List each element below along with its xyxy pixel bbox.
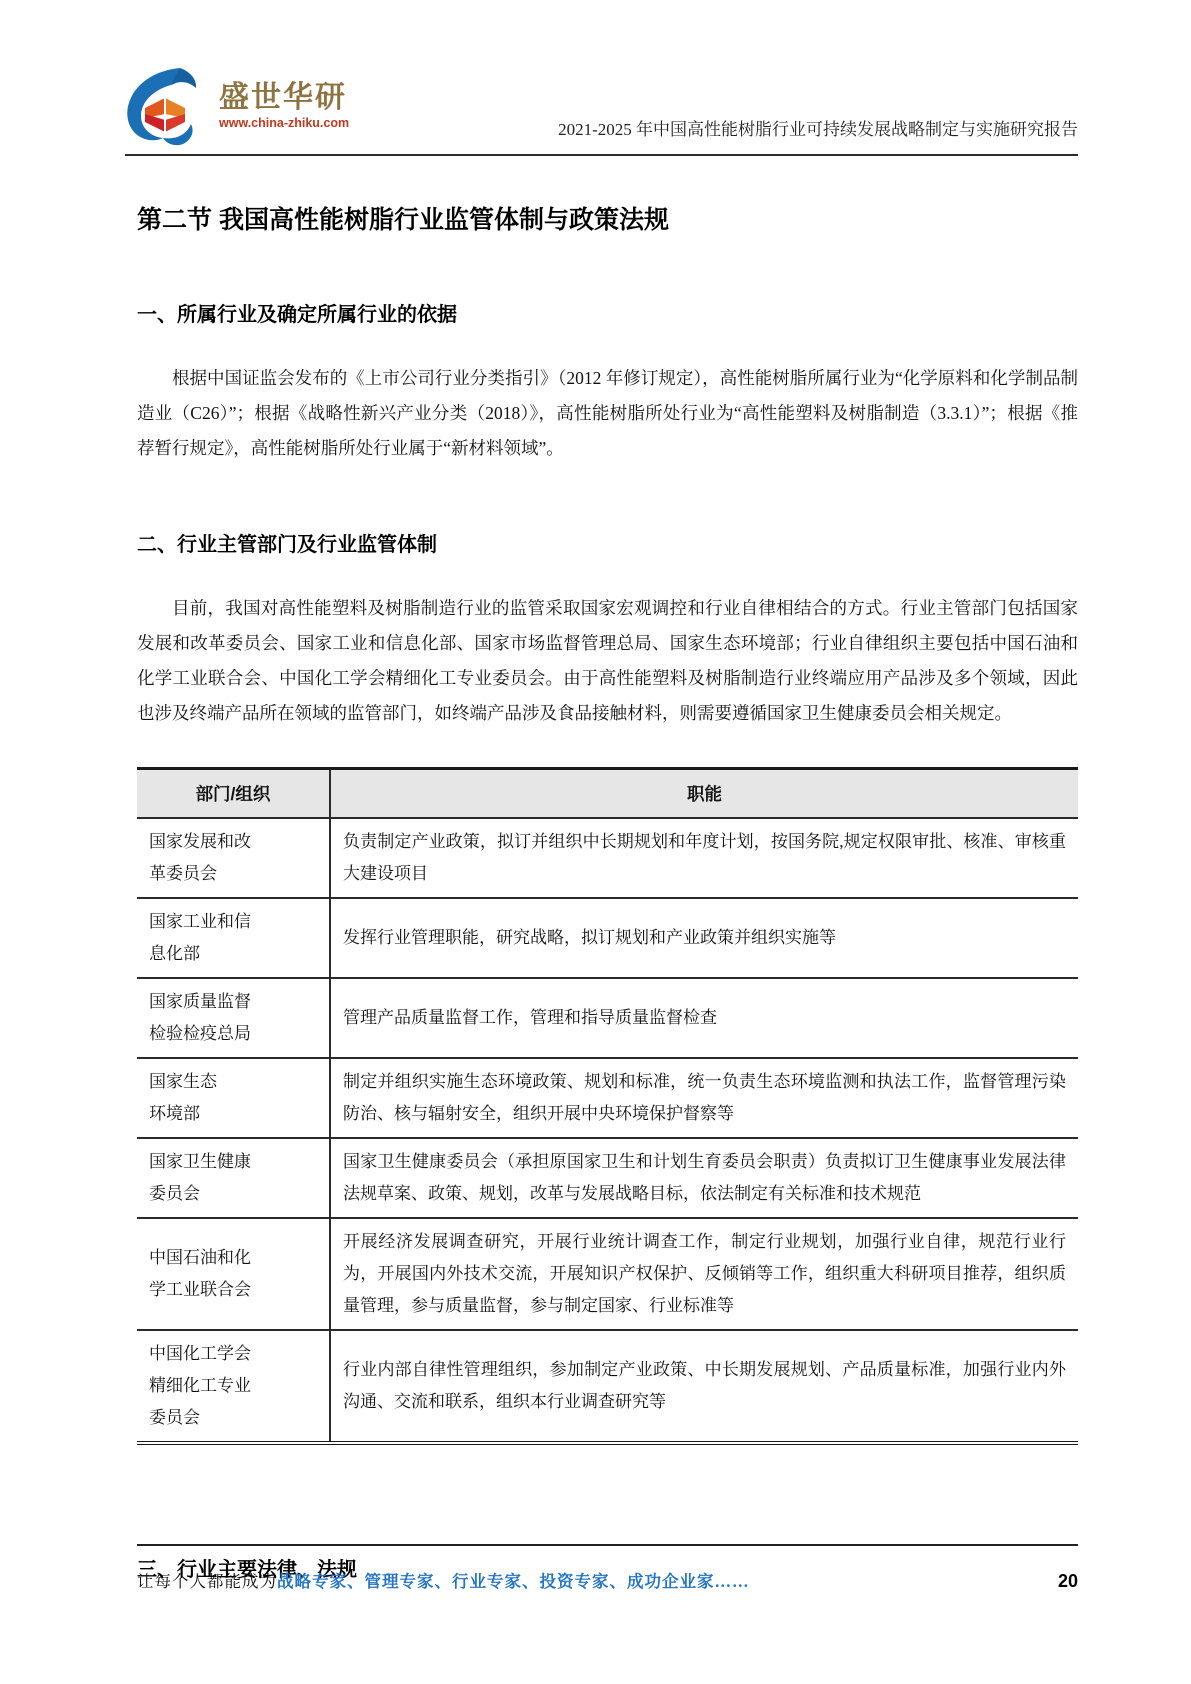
table-cell-department: 国家工业和信 息化部 — [137, 898, 330, 978]
table-row: 国家卫生健康 委员会 国家卫生健康委员会（承担原国家卫生和计划生育委员会职责）负… — [137, 1138, 1078, 1218]
logo-url-text: www.china-zhiku.com — [219, 116, 349, 130]
table-row: 中国化工学会 精细化工专业 委员会 行业内部自律性管理组织，参加制定产业政策、中… — [137, 1330, 1078, 1443]
table-cell-function: 制定并组织实施生态环境政策、规划和标准，统一负责生态环境监测和执法工作，监督管理… — [330, 1058, 1078, 1138]
table-row: 国家发展和改 革委员会 负责制定产业政策，拟订并组织中长期规划和年度计划，按国务… — [137, 818, 1078, 898]
table-header-row: 部门/组织 职能 — [137, 769, 1078, 819]
document-page: 盛世华研 www.china-zhiku.com 2021-2025 年中国高性… — [0, 0, 1191, 1684]
section-title: 第二节 我国高性能树脂行业监管体制与政策法规 — [137, 200, 1078, 236]
subsection-2-heading: 二、行业主管部门及行业监管体制 — [137, 528, 1078, 557]
table-cell-department: 国家卫生健康 委员会 — [137, 1138, 330, 1218]
table-row: 中国石油和化 学工业联合会 开展经济发展调查研究，开展行业统计调查工作，制定行业… — [137, 1218, 1078, 1330]
footer-slogan-prefix: 让每个人都能成为 — [137, 1572, 277, 1591]
table-row: 国家工业和信 息化部 发挥行业管理职能，研究战略，拟订规划和产业政策并组织实施等 — [137, 898, 1078, 978]
footer-slogan: 让每个人都能成为战略专家、管理专家、行业专家、投资专家、成功企业家…… — [137, 1568, 750, 1592]
table-cell-function: 开展经济发展调查研究，开展行业统计调查工作，制定行业规划，加强行业自律，规范行业… — [330, 1218, 1078, 1330]
subsection-1-heading: 一、所属行业及确定所属行业的依据 — [137, 298, 1078, 327]
table-row: 国家生态 环境部 制定并组织实施生态环境政策、规划和标准，统一负责生态环境监测和… — [137, 1058, 1078, 1138]
table-cell-department: 国家发展和改 革委员会 — [137, 818, 330, 898]
page-footer: 让每个人都能成为战略专家、管理专家、行业专家、投资专家、成功企业家…… 20 — [137, 1544, 1078, 1592]
subsection-2-paragraph: 目前，我国对高性能塑料及树脂制造行业的监管采取国家宏观调控和行业自律相结合的方式… — [137, 591, 1078, 731]
table-cell-function: 负责制定产业政策，拟订并组织中长期规划和年度计划，按国务院,规定权限审批、核准、… — [330, 818, 1078, 898]
page-header: 盛世华研 www.china-zhiku.com 2021-2025 年中国高性… — [125, 0, 1078, 156]
table-cell-function: 行业内部自律性管理组织，参加制定产业政策、中长期发展规划、产品质量标准，加强行业… — [330, 1330, 1078, 1443]
table-cell-department: 国家质量监督 检验检疫总局 — [137, 978, 330, 1058]
report-title: 2021-2025 年中国高性能树脂行业可持续发展战略制定与实施研究报告 — [558, 115, 1078, 146]
footer-slogan-highlight: 战略专家、管理专家、行业专家、投资专家、成功企业家…… — [277, 1572, 750, 1591]
table-cell-department: 中国化工学会 精细化工专业 委员会 — [137, 1330, 330, 1443]
table-header-department: 部门/组织 — [137, 769, 330, 819]
company-logo: 盛世华研 www.china-zhiku.com — [125, 66, 349, 146]
document-body: 第二节 我国高性能树脂行业监管体制与政策法规 一、所属行业及确定所属行业的依据 … — [137, 200, 1078, 1582]
table-cell-department: 中国石油和化 学工业联合会 — [137, 1218, 330, 1330]
page-number: 20 — [1058, 1571, 1078, 1592]
table-cell-function: 国家卫生健康委员会（承担原国家卫生和计划生育委员会职责）负责拟订卫生健康事业发展… — [330, 1138, 1078, 1218]
table-cell-department: 国家生态 环境部 — [137, 1058, 330, 1138]
table-cell-function: 管理产品质量监督工作，管理和指导质量监督检查 — [330, 978, 1078, 1058]
regulators-table: 部门/组织 职能 国家发展和改 革委员会 负责制定产业政策，拟订并组织中长期规划… — [137, 767, 1078, 1445]
table-cell-function: 发挥行业管理职能，研究战略，拟订规划和产业政策并组织实施等 — [330, 898, 1078, 978]
logo-brand-text: 盛世华研 — [219, 82, 349, 114]
subsection-1-paragraph: 根据中国证监会发布的《上市公司行业分类指引》（2012 年修订规定），高性能树脂… — [137, 361, 1078, 466]
company-logo-icon — [125, 66, 209, 146]
logo-text: 盛世华研 www.china-zhiku.com — [219, 82, 349, 130]
table-row: 国家质量监督 检验检疫总局 管理产品质量监督工作，管理和指导质量监督检查 — [137, 978, 1078, 1058]
table-header-function: 职能 — [330, 769, 1078, 819]
